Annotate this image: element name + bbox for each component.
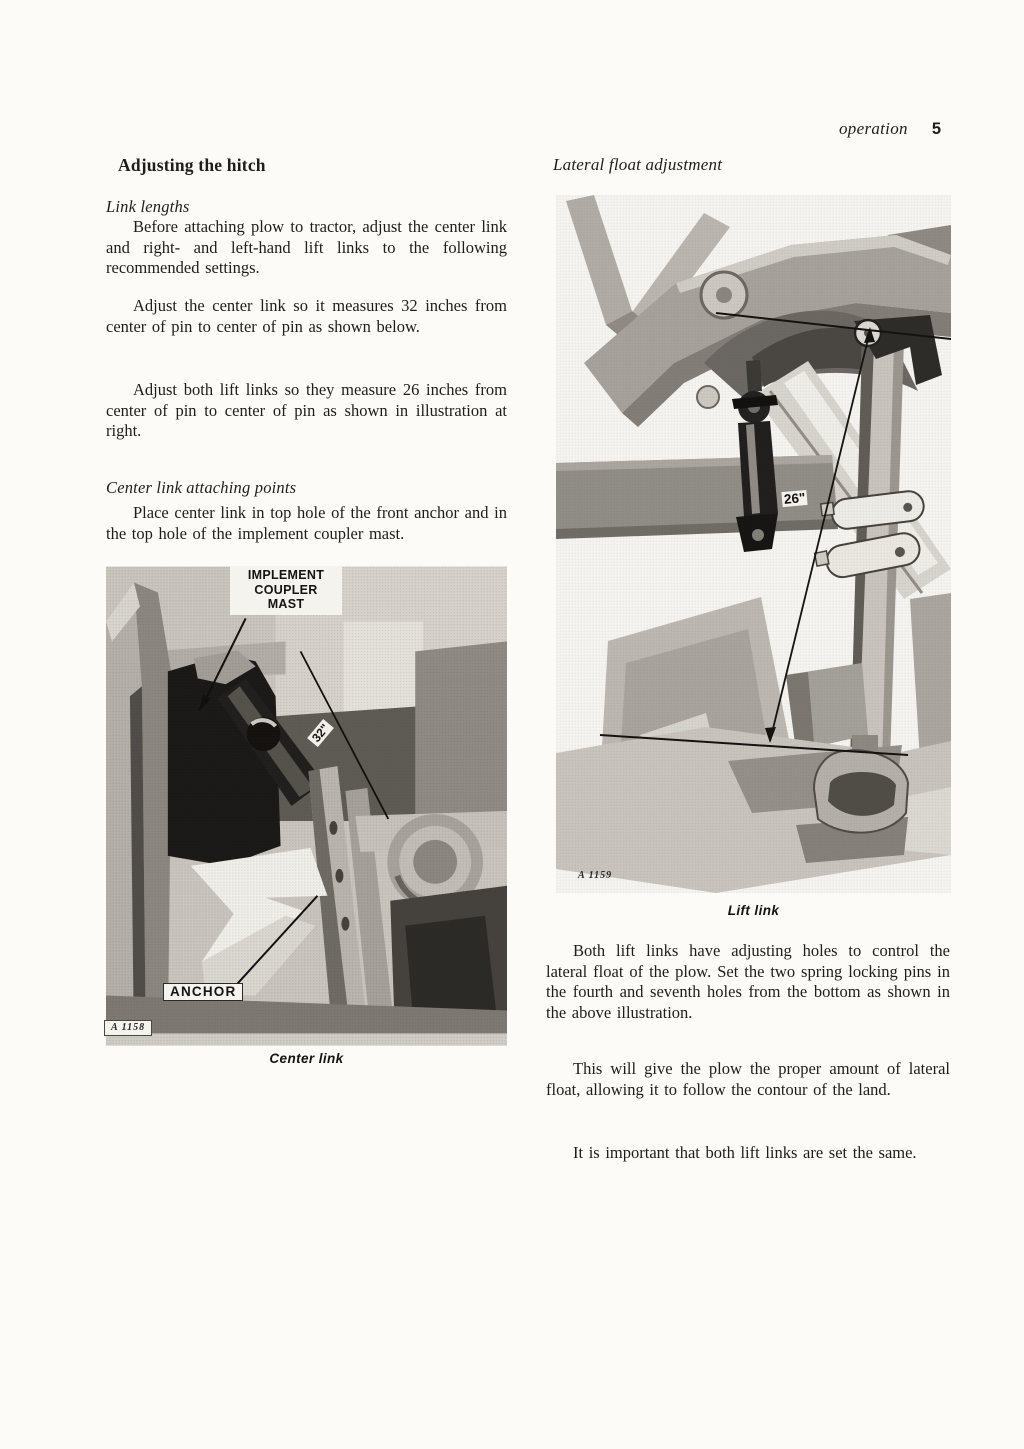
section-title: operation <box>839 119 908 138</box>
halftone-overlay <box>106 567 507 1046</box>
center-link-photo-artwork <box>106 566 507 1046</box>
label-implement-coupler-mast: IMPLEMENT COUPLER MAST <box>230 566 342 615</box>
dimension-label-26in: 26" <box>781 490 808 507</box>
halftone-overlay <box>556 195 951 893</box>
paragraph-adjusting-holes: Both lift links have adjusting holes to … <box>546 941 950 1023</box>
photo-reference-a1159: A 1159 <box>578 870 612 881</box>
figure-lift-link: 26" A 1159 <box>556 195 951 893</box>
label-anchor: ANCHOR <box>163 983 243 1001</box>
caption-center-link: Center link <box>106 1051 507 1066</box>
subheading-attaching-points: Center link attaching points <box>106 478 507 498</box>
caption-lift-link: Lift link <box>556 903 951 918</box>
paragraph-link-lengths-1: Before attaching plow to tractor, adjust… <box>106 217 507 279</box>
paragraph-set-same: It is important that both lift links are… <box>546 1143 950 1164</box>
paragraph-proper-float: This will give the plow the proper amoun… <box>546 1059 950 1100</box>
page-number: 5 <box>932 120 941 138</box>
lift-link-photo-artwork <box>556 195 951 893</box>
running-header: operation5 <box>0 119 941 139</box>
heading-adjusting-hitch: Adjusting the hitch <box>106 155 519 176</box>
manual-page: operation5 Adjusting the hitch Link leng… <box>0 0 1024 1449</box>
figure-center-link: IMPLEMENT COUPLER MAST 32" ANCHOR A 1158 <box>106 566 507 1046</box>
heading-lateral-float: Lateral float adjustment <box>553 155 950 175</box>
paragraph-place-center-link: Place center link in top hole of the fro… <box>106 503 507 544</box>
subheading-link-lengths: Link lengths <box>106 197 507 217</box>
photo-reference-a1158: A 1158 <box>104 1020 152 1036</box>
paragraph-center-link-32: Adjust the center link so it measures 32… <box>106 296 507 337</box>
paragraph-lift-links-26: Adjust both lift links so they measure 2… <box>106 380 507 442</box>
